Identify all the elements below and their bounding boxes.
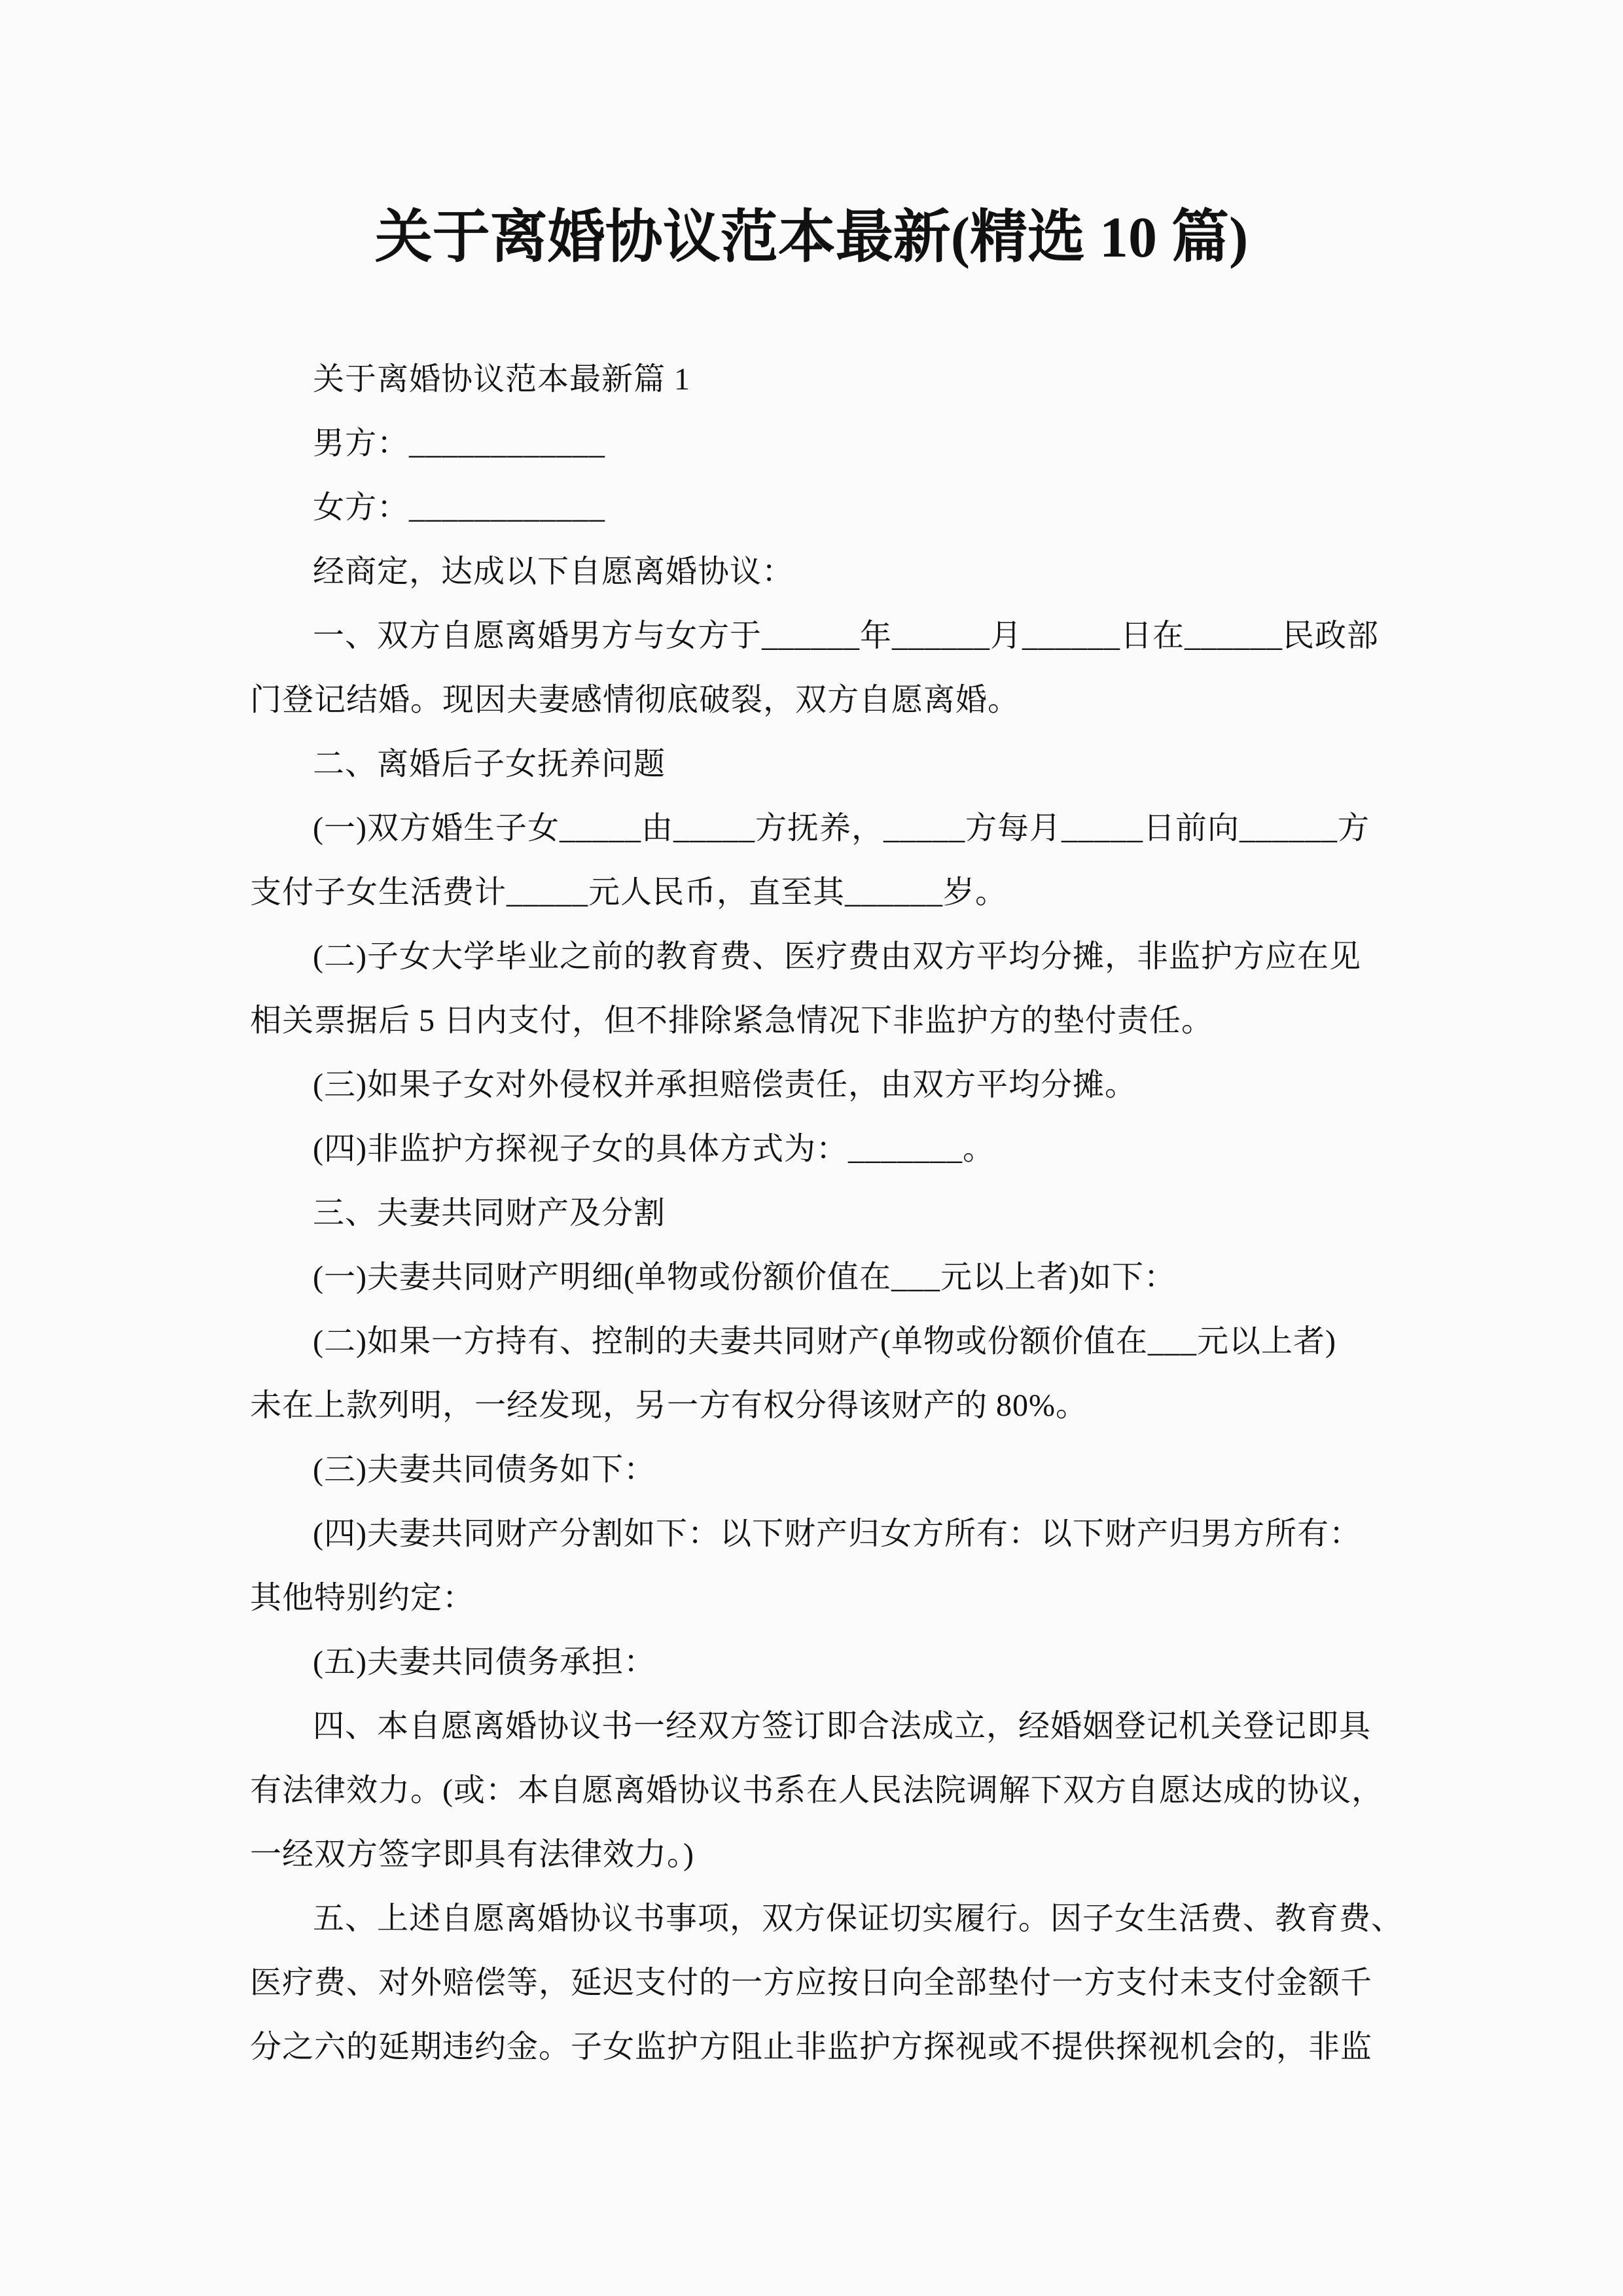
document-line: (三)如果子女对外侵权并承担赔偿责任，由双方平均分摊。 (250, 1053, 1378, 1117)
document-line: 有法律效力。(或：本自愿离婚协议书系在人民法院调解下双方自愿达成的协议， (250, 1759, 1378, 1823)
document-title: 关于离婚协议范本最新(精选 10 篇) (0, 208, 1623, 268)
document-line: (二)如果一方持有、控制的夫妻共同财产(单物或份额价值在___元以上者) (250, 1310, 1378, 1374)
document-line: (三)夫妻共同债务如下： (250, 1438, 1378, 1502)
document-line: (一)双方婚生子女_____由_____方抚养，_____方每月_____日前向… (250, 797, 1378, 861)
document-line: (五)夫妻共同债务承担： (250, 1630, 1378, 1695)
document-line: 二、离婚后子女抚养问题 (250, 732, 1378, 797)
document-line: 门登记结婚。现因夫妻感情彻底破裂，双方自愿离婚。 (250, 668, 1378, 732)
document-line: 三、夫妻共同财产及分割 (250, 1181, 1378, 1246)
document-line: 四、本自愿离婚协议书一经双方签订即合法成立，经婚姻登记机关登记即具 (250, 1695, 1378, 1759)
document-line: 女方：____________ (250, 476, 1378, 540)
document-line: 男方：____________ (250, 412, 1378, 476)
document-line: (一)夫妻共同财产明细(单物或份额价值在___元以上者)如下： (250, 1246, 1378, 1310)
document-body: 关于离婚协议范本最新篇 1 男方：____________ 女方：_______… (250, 348, 1378, 2079)
document-line: (二)子女大学毕业之前的教育费、医疗费由双方平均分摊，非监护方应在见 (250, 925, 1378, 989)
document-line: 相关票据后 5 日内支付，但不排除紧急情况下非监护方的垫付责任。 (250, 989, 1378, 1053)
document-line: 医疗费、对外赔偿等，延迟支付的一方应按日向全部垫付一方支付未支付金额千 (250, 1951, 1378, 2015)
document-line: (四)非监护方探视子女的具体方式为：_______。 (250, 1117, 1378, 1181)
document-line: (四)夫妻共同财产分割如下：以下财产归女方所有：以下财产归男方所有： (250, 1502, 1378, 1566)
document-line: 未在上款列明，一经发现，另一方有权分得该财产的 80%。 (250, 1374, 1378, 1438)
document-line: 五、上述自愿离婚协议书事项，双方保证切实履行。因子女生活费、教育费、 (250, 1887, 1378, 1951)
document-line: 关于离婚协议范本最新篇 1 (250, 348, 1378, 412)
document-line: 支付子女生活费计_____元人民币，直至其______岁。 (250, 861, 1378, 925)
document-line: 一经双方签字即具有法律效力。) (250, 1823, 1378, 1887)
document-line: 经商定，达成以下自愿离婚协议： (250, 540, 1378, 604)
document-line: 一、双方自愿离婚男方与女方于______年______月______日在____… (250, 604, 1378, 668)
document-line: 其他特别约定： (250, 1566, 1378, 1630)
document-line: 分之六的延期违约金。子女监护方阻止非监护方探视或不提供探视机会的，非监 (250, 2015, 1378, 2079)
document-page: 关于离婚协议范本最新(精选 10 篇) 关于离婚协议范本最新篇 1 男方：___… (0, 0, 1623, 2296)
